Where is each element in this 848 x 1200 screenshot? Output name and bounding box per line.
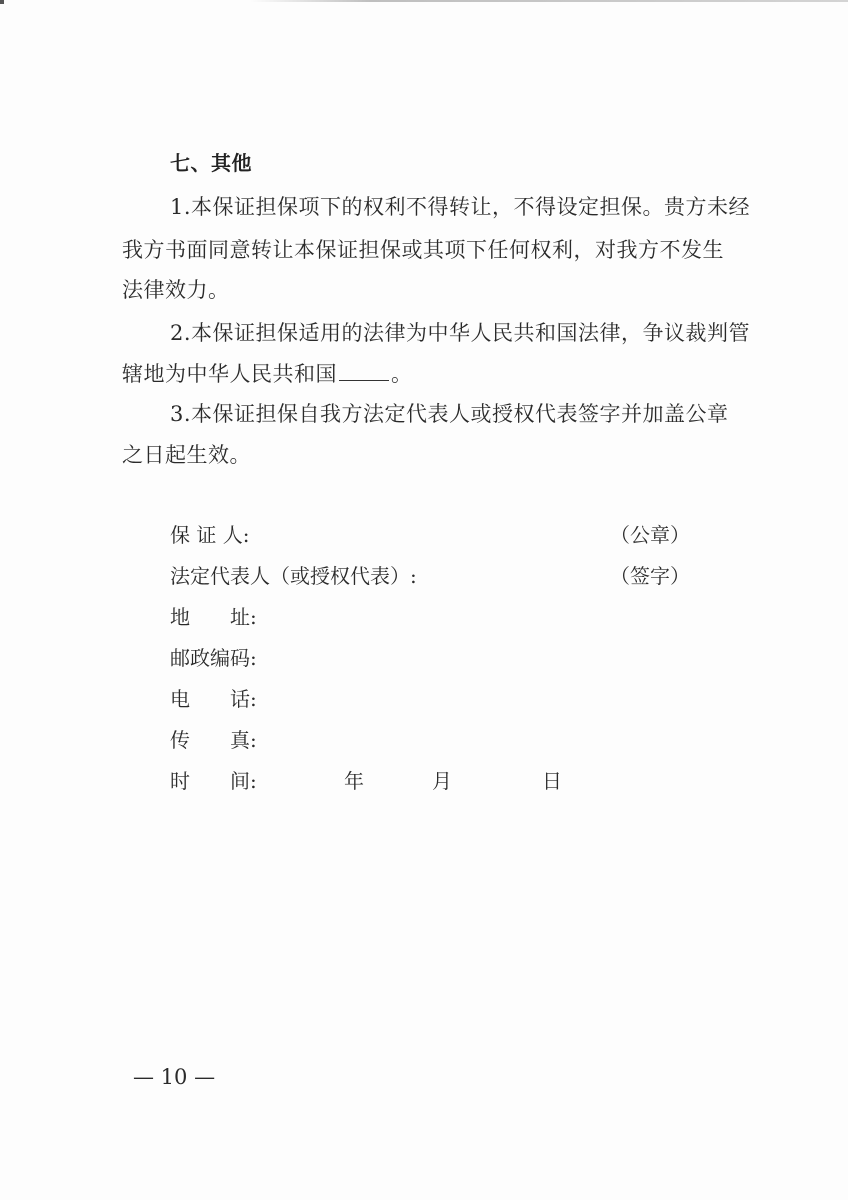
address-row: 地 址: <box>170 602 690 632</box>
phone-label: 电 话: <box>170 684 257 714</box>
clause-2-line-1: 2.本保证担保适用的法律为中华人民共和国法律，争议裁判管 <box>170 318 800 348</box>
clause-2-line-2-suffix: 。 <box>391 362 413 386</box>
signature-note: （签字） <box>610 561 690 591</box>
company-seal-note: （公章） <box>610 520 690 550</box>
fax-row: 传 真: <box>170 725 690 755</box>
clause-2-line-2: 辖地为中华人民共和国。 <box>122 359 752 389</box>
clause-1-line-2: 我方书面同意转让本保证担保或其项下任何权利，对我方不发生 <box>122 235 752 265</box>
section-heading: 七、其他 <box>170 148 800 178</box>
fax-label: 传 真: <box>170 725 257 755</box>
postal-code-row: 邮政编码: <box>170 643 690 673</box>
guarantor-label: 保 证 人: <box>170 520 249 550</box>
clause-3-line-2: 之日起生效。 <box>122 440 752 470</box>
clause-1-line-3: 法律效力。 <box>122 275 752 305</box>
date-row: 时 间: 年 月 日 <box>170 766 690 796</box>
year-label: 年 <box>344 766 364 796</box>
postal-code-label: 邮政编码: <box>170 643 257 673</box>
clause-2-line-2-text: 辖地为中华人民共和国 <box>122 362 337 386</box>
date-label: 时 间: <box>170 766 257 796</box>
document-page: 七、其他 1.本保证担保项下的权利不得转让，不得设定担保。贵方未经 我方书面同意… <box>0 0 848 1200</box>
clause-1-line-1: 1.本保证担保项下的权利不得转让，不得设定担保。贵方未经 <box>170 192 800 222</box>
clause-3-line-1: 3.本保证担保自我方法定代表人或授权代表签字并加盖公章 <box>170 399 800 429</box>
day-label: 日 <box>542 766 562 796</box>
page-number: — 10 — <box>133 1062 215 1092</box>
address-label: 地 址: <box>170 602 257 632</box>
legal-rep-label: 法定代表人（或授权代表）: <box>170 561 417 591</box>
legal-rep-row: 法定代表人（或授权代表）: （签字） <box>170 561 690 591</box>
jurisdiction-blank-field[interactable] <box>339 362 389 381</box>
guarantor-row: 保 证 人: （公章） <box>170 520 690 550</box>
month-label: 月 <box>432 766 452 796</box>
phone-row: 电 话: <box>170 684 690 714</box>
